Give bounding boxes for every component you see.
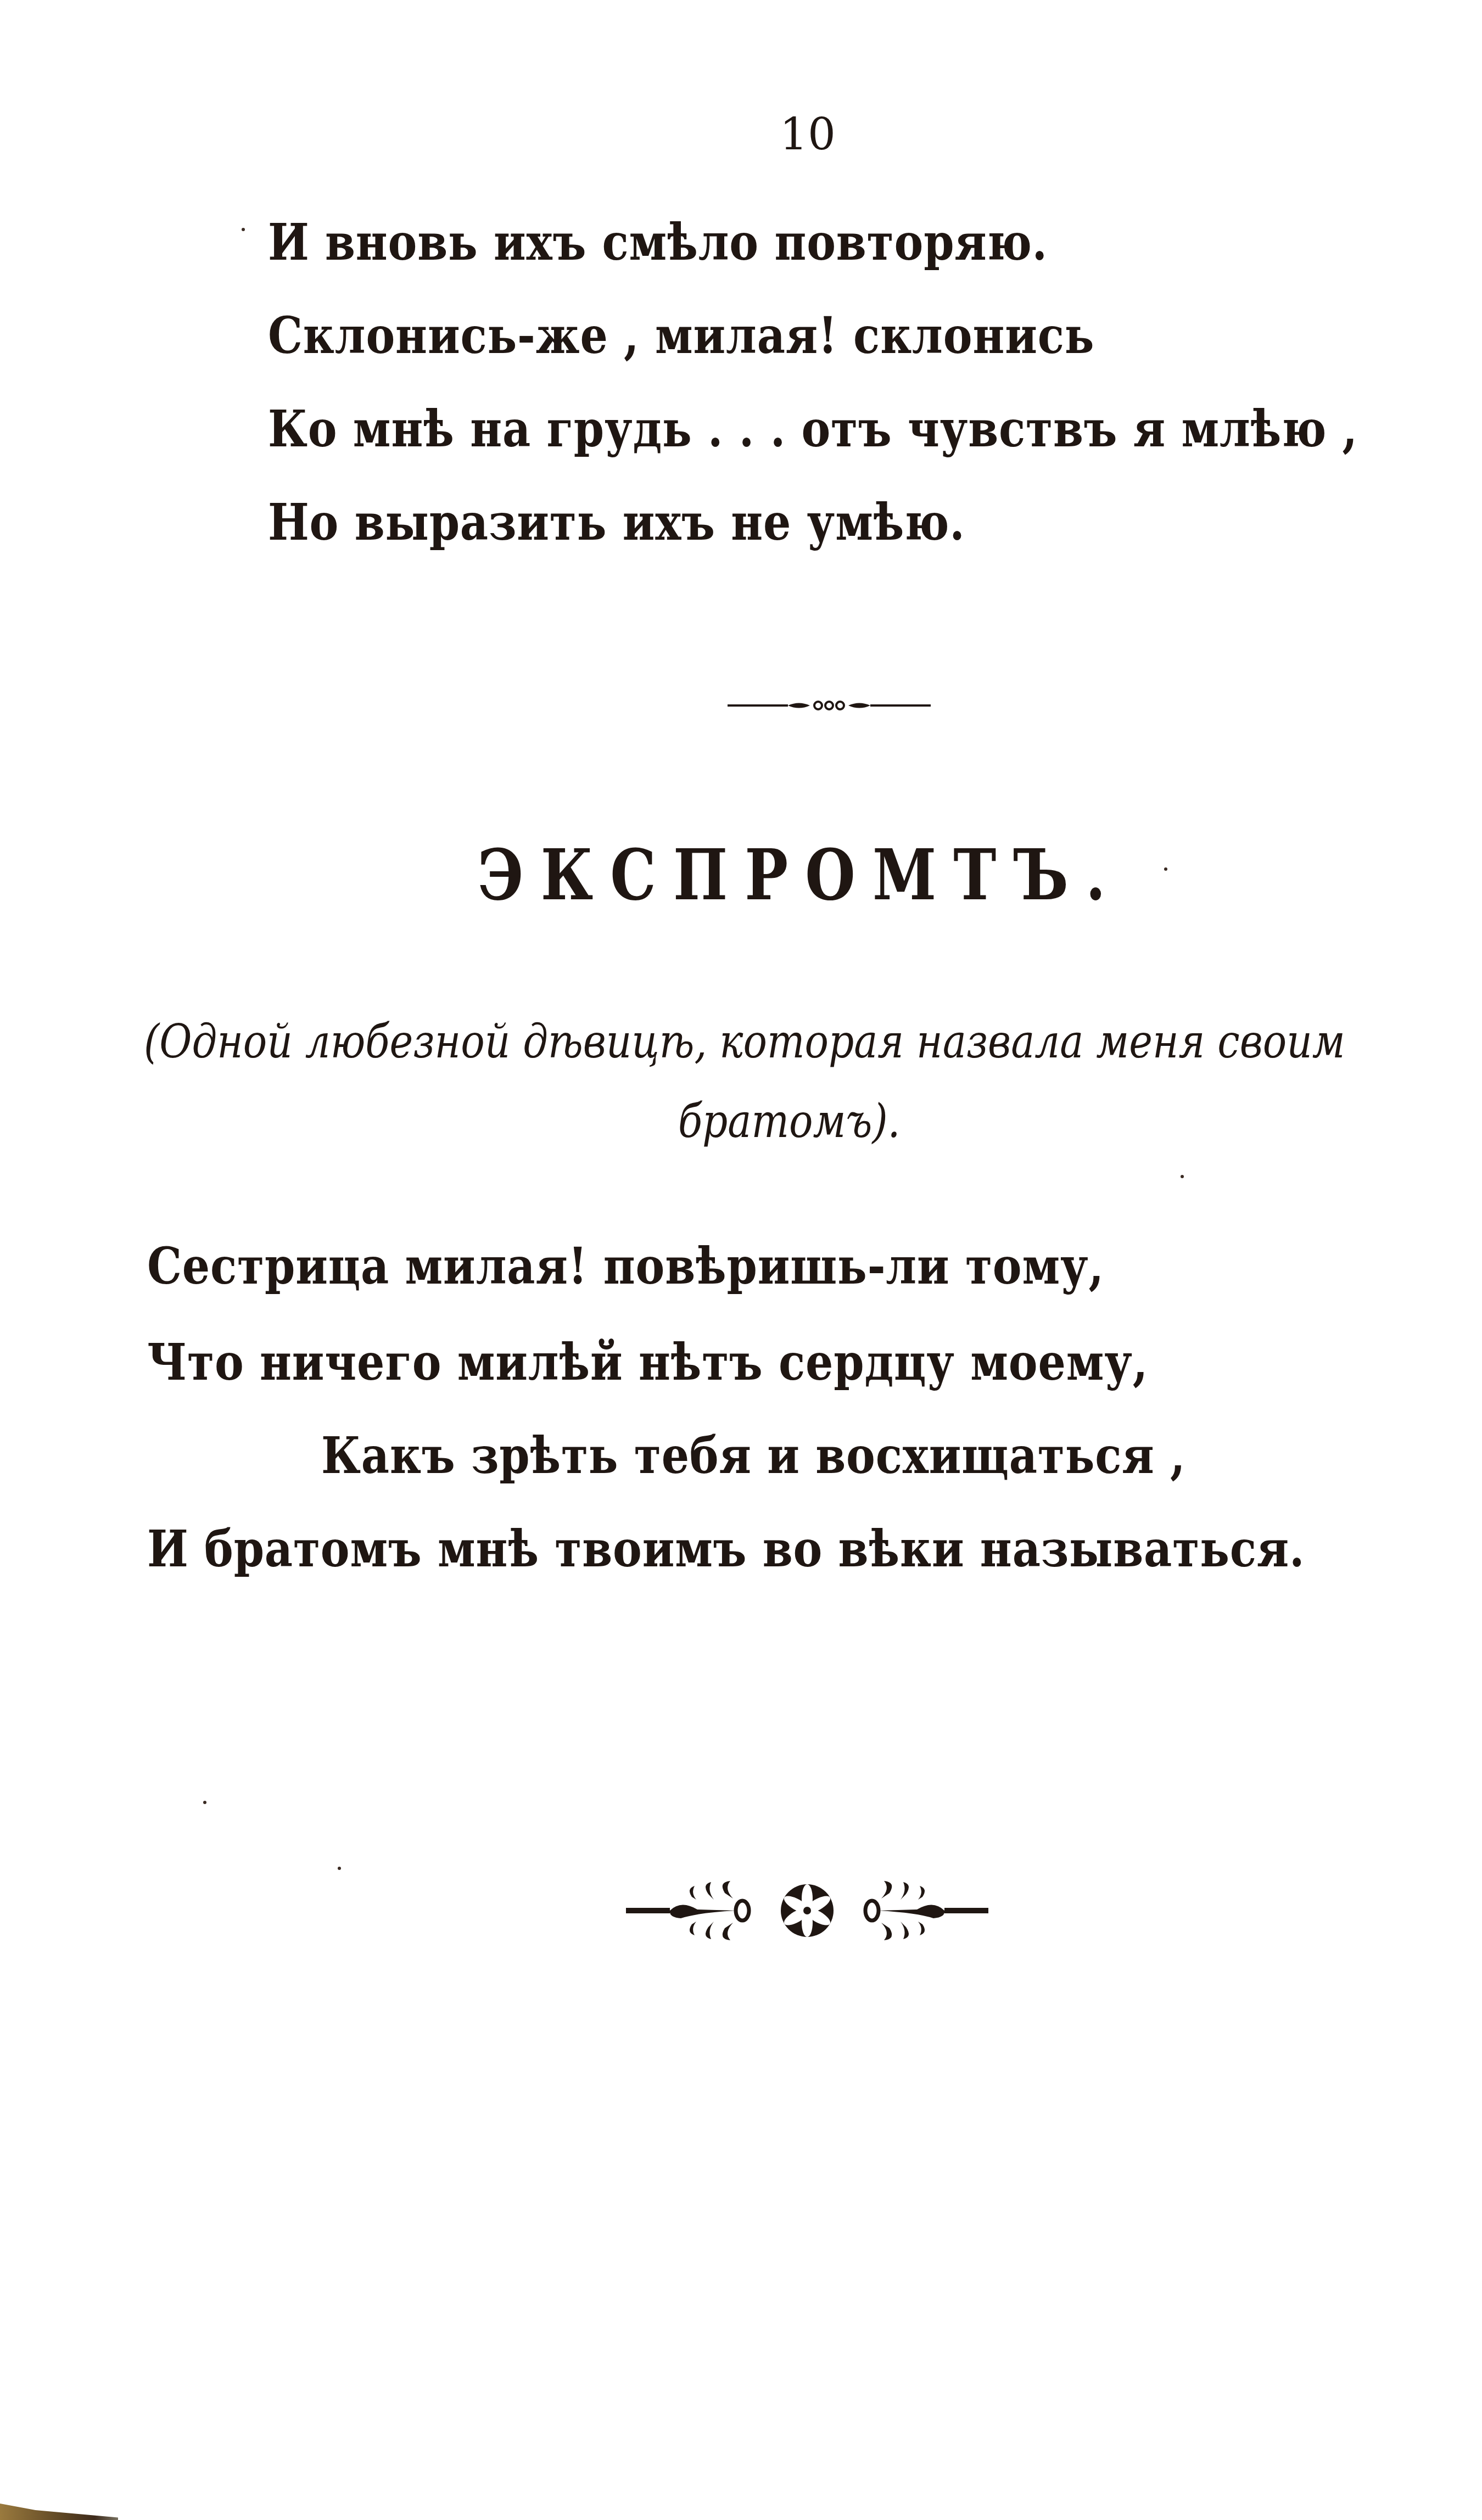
verse-line: И братомъ мнѣ твоимъ во вѣки называться. bbox=[147, 1524, 1305, 1574]
verse-line: Но выразить ихъ не умѣю. bbox=[268, 497, 965, 547]
page-number: 10 bbox=[780, 113, 836, 156]
dedication-line: братомъ). bbox=[678, 1098, 901, 1144]
print-speck bbox=[203, 1801, 206, 1804]
page-edge-shadow bbox=[0, 2504, 118, 2520]
verse-line: Ко мнѣ на грудь . . . отъ чувствъ я млѣю… bbox=[268, 404, 1358, 454]
verse-line: И вновь ихъ смѣло повторяю. bbox=[268, 217, 1048, 267]
print-speck bbox=[1164, 867, 1167, 871]
print-speck bbox=[242, 228, 245, 231]
verse-line: Сестрица милая! повѣришь-ли тому, bbox=[147, 1241, 1104, 1291]
verse-line: Что ничего милѣй нѣтъ сердцу моему, bbox=[147, 1337, 1148, 1387]
print-speck bbox=[1181, 1175, 1184, 1178]
verse-line: Склонись-же , милая! склонись bbox=[268, 310, 1094, 361]
print-speck bbox=[338, 1867, 341, 1870]
dedication-line: (Одной любезной дѣвицѣ, которая назвала … bbox=[144, 1018, 1345, 1065]
verse-line: Какъ зрѣть тебя и восхищаться , bbox=[321, 1430, 1185, 1481]
floral-tailpiece-ornament-icon bbox=[626, 1878, 988, 1944]
section-title: ЭКСПРОМТЪ. bbox=[478, 840, 1123, 910]
small-ornamental-rule-icon bbox=[728, 697, 931, 714]
